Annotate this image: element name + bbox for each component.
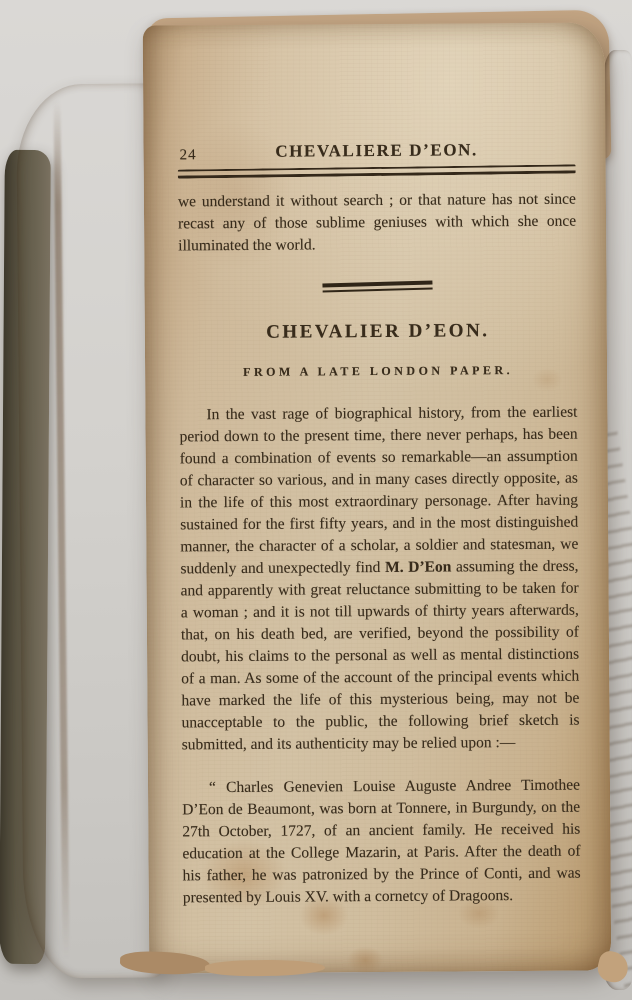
running-header-title: CHEVALIERE D’EON. bbox=[178, 139, 576, 164]
page-number: 24 bbox=[180, 144, 197, 166]
body-text: assuming the dress, and apparently with … bbox=[181, 558, 580, 754]
torn-page-edge bbox=[205, 959, 325, 977]
running-header-row: 24 CHEVALIERE D’EON. bbox=[178, 139, 576, 166]
body-paragraph: “ Charles Genevien Louise Auguste Andree… bbox=[182, 775, 581, 910]
article-subtitle: FROM A LATE LONDON PAPER. bbox=[179, 359, 577, 384]
foxing-stain bbox=[339, 940, 391, 980]
book-page: 24 CHEVALIERE D’EON. we understand it wi… bbox=[143, 22, 612, 973]
emphasized-name: M. D’Eon bbox=[385, 558, 451, 575]
body-text: In the vast rage of biographical history… bbox=[180, 404, 579, 578]
article-title: CHEVALIER D’EON. bbox=[179, 320, 577, 345]
intro-paragraph: we understand it without search ; or tha… bbox=[178, 189, 576, 258]
header-double-rule bbox=[178, 164, 576, 178]
printed-text-block: 24 CHEVALIERE D’EON. we understand it wi… bbox=[178, 139, 581, 910]
section-divider-rule bbox=[322, 280, 432, 292]
photo-backdrop: 24 CHEVALIERE D’EON. we understand it wi… bbox=[0, 0, 632, 1000]
body-paragraph: In the vast rage of biographical history… bbox=[179, 402, 579, 757]
